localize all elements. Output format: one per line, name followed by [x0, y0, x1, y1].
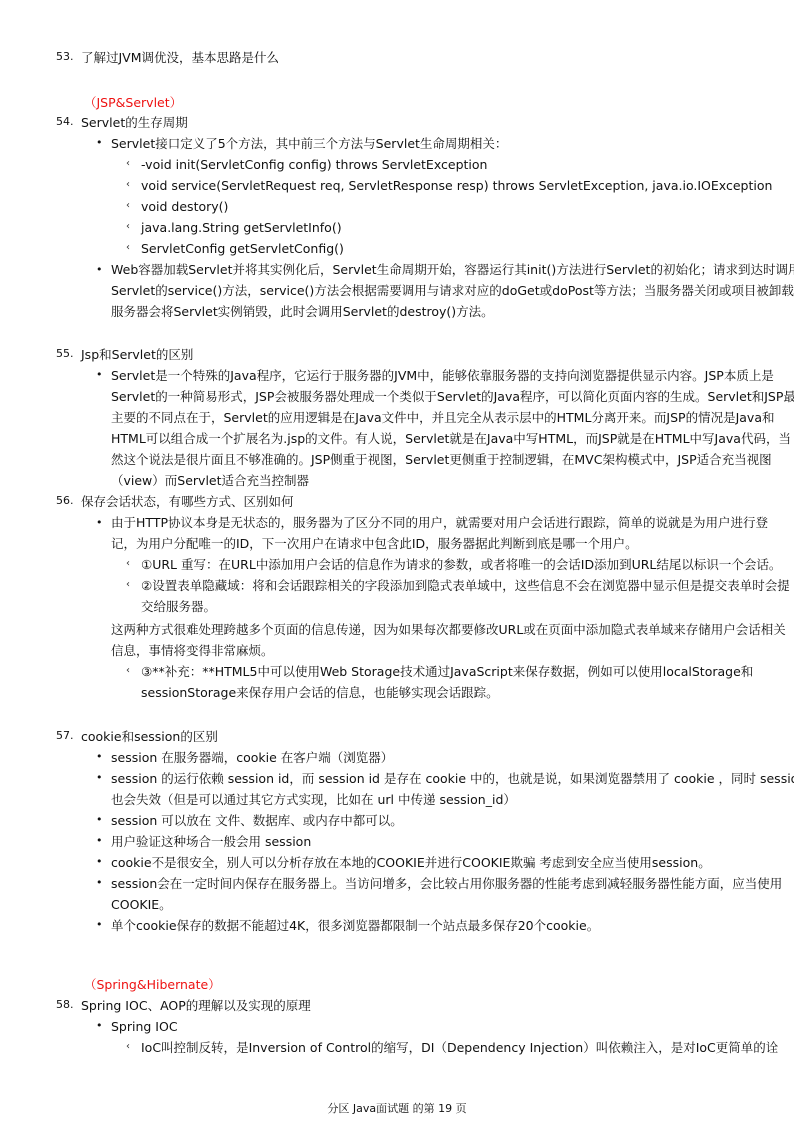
- bullet-icon: •: [96, 834, 103, 847]
- list-item: Servlet接口定义了5个方法，其中前三个方法与Servlet生命周期相关：: [111, 134, 507, 154]
- bullet-icon: •: [96, 516, 103, 529]
- list-item: cookie不是很安全，别人可以分析存放在本地的COOKIE并进行COOKIE欺…: [111, 853, 711, 873]
- paragraph-line: （view）而Servlet适合充当控制器: [111, 471, 309, 491]
- section-heading-spring-hibernate: （Spring&Hibernate）: [84, 975, 221, 995]
- sub-bullet-icon: ‹: [126, 221, 130, 232]
- list-item: Spring IOC: [111, 1017, 178, 1037]
- sub-bullet-icon: ‹: [126, 558, 130, 569]
- question-title: 了解过JVM调优没，基本思路是什么: [81, 48, 279, 68]
- page-footer: 分区 Java面试题 的第 19 页: [0, 1100, 794, 1116]
- question-title: Servlet的生存周期: [81, 113, 188, 133]
- bullet-icon: •: [96, 855, 103, 868]
- question-number: 53.: [56, 50, 74, 63]
- sub-bullet-icon: ‹: [126, 579, 130, 590]
- sub-bullet-icon: ‹: [126, 665, 130, 676]
- list-item: java.lang.String getServletInfo(): [141, 218, 342, 238]
- question-number: 56.: [56, 494, 74, 507]
- list-item: session 可以放在 文件、数据库、或内存中都可以。: [111, 811, 403, 831]
- paragraph-line: 服务器会将Servlet实例销毁，此时会调用Servlet的destroy()方…: [111, 302, 494, 322]
- paragraph-line: Servlet的一种简易形式，JSP会被服务器处理成一个类似于Servlet的J…: [111, 387, 794, 407]
- list-item: 单个cookie保存的数据不能超过4K，很多浏览器都限制一个站点最多保存20个c…: [111, 916, 599, 936]
- paragraph-line: Web容器加载Servlet并将其实例化后，Servlet生命周期开始，容器运行…: [111, 260, 794, 280]
- question-title: 保存会话状态，有哪些方式、区别如何: [81, 492, 294, 512]
- list-item: ①URL 重写：在URL中添加用户会话的信息作为请求的参数，或者将唯一的会话ID…: [141, 555, 781, 575]
- sub-bullet-icon: ‹: [126, 1041, 130, 1052]
- list-item: 用户验证这种场合一般会用 session: [111, 832, 311, 852]
- paragraph-line: 这两种方式很难处理跨越多个页面的信息传递，因为如果每次都要修改URL或在页面中添…: [111, 620, 786, 640]
- question-number: 55.: [56, 347, 74, 360]
- bullet-icon: •: [96, 771, 103, 784]
- bullet-icon: •: [96, 918, 103, 931]
- list-item: 也会失效（但是可以通过其它方式实现，比如在 url 中传递 session_id…: [111, 790, 516, 810]
- question-title: Jsp和Servlet的区别: [81, 345, 193, 365]
- list-item: 交给服务器。: [141, 597, 216, 617]
- paragraph-line: 信息，事情将变得非常麻烦。: [111, 641, 274, 661]
- bullet-icon: •: [96, 263, 103, 276]
- sub-bullet-icon: ‹: [126, 158, 130, 169]
- sub-bullet-icon: ‹: [126, 242, 130, 253]
- bullet-icon: •: [96, 876, 103, 889]
- list-item: COOKIE。: [111, 895, 172, 915]
- list-item: ③**补充：**HTML5中可以使用Web Storage技术通过JavaScr…: [141, 662, 753, 682]
- list-item: -void init(ServletConfig config) throws …: [141, 155, 487, 175]
- sub-bullet-icon: ‹: [126, 200, 130, 211]
- list-item: session 在服务器端，cookie 在客户端（浏览器）: [111, 748, 393, 768]
- list-item: session会在一定时间内保存在服务器上。当访问增多，会比较占用你服务器的性能…: [111, 874, 782, 894]
- paragraph-line: Servlet的service()方法，service()方法会根据需要调用与请…: [111, 281, 794, 301]
- bullet-icon: •: [96, 1019, 103, 1032]
- paragraph-line: HTML可以组合成一个扩展名为.jsp的文件。有人说，Servlet就是在Jav…: [111, 429, 791, 449]
- paragraph-line: 然这个说法是很片面且不够准确的。JSP侧重于视图，Servlet更侧重于控制逻辑…: [111, 450, 772, 470]
- paragraph-line: Servlet是一个特殊的Java程序，它运行于服务器的JVM中，能够依靠服务器…: [111, 366, 774, 386]
- paragraph-line: 由于HTTP协议本身是无状态的，服务器为了区分不同的用户，就需要对用户会话进行跟…: [111, 513, 768, 533]
- list-item: ServletConfig getServletConfig(): [141, 239, 344, 259]
- question-title: Spring IOC、AOP的理解以及实现的原理: [81, 996, 311, 1016]
- question-number: 57.: [56, 729, 74, 742]
- bullet-icon: •: [96, 136, 103, 149]
- question-title: cookie和session的区别: [81, 727, 218, 747]
- paragraph-line: 主要的不同点在于，Servlet的应用逻辑是在Java文件中，并且完全从表示层中…: [111, 408, 774, 428]
- list-item: session 的运行依赖 session id，而 session id 是存…: [111, 769, 794, 789]
- bullet-icon: •: [96, 813, 103, 826]
- list-item: ②设置表单隐藏域：将和会话跟踪相关的字段添加到隐式表单域中，这些信息不会在浏览器…: [141, 576, 790, 596]
- list-item: IoC叫控制反转，是Inversion of Control的缩写，DI（Dep…: [141, 1038, 778, 1058]
- bullet-icon: •: [96, 750, 103, 763]
- list-item: void destory(): [141, 197, 228, 217]
- sub-bullet-icon: ‹: [126, 179, 130, 190]
- question-number: 54.: [56, 115, 74, 128]
- paragraph-line: 记，为用户分配唯一的ID，下一次用户在请求中包含此ID，服务器据此判断到底是哪一…: [111, 534, 638, 554]
- question-number: 58.: [56, 998, 74, 1011]
- list-item: void service(ServletRequest req, Servlet…: [141, 176, 772, 196]
- section-heading-jsp-servlet: （JSP&Servlet）: [84, 93, 182, 113]
- list-item: sessionStorage来保存用户会话的信息，也能够实现会话跟踪。: [141, 683, 499, 703]
- bullet-icon: •: [96, 368, 103, 381]
